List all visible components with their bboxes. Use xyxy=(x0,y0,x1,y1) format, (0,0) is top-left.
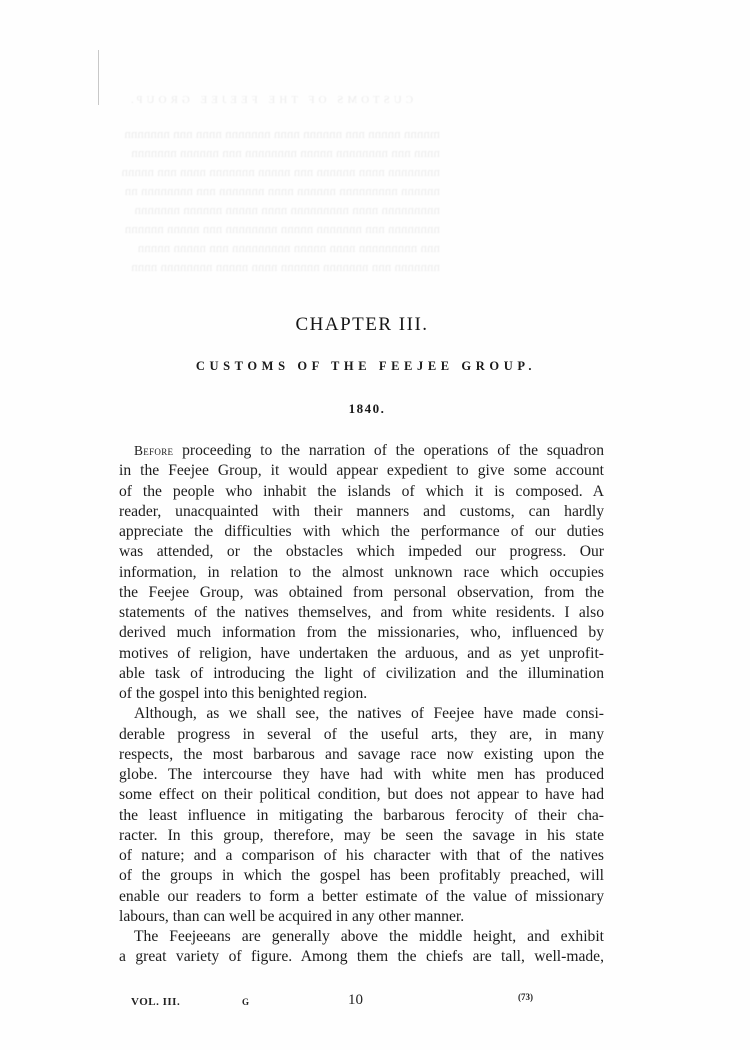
text-line: some effect on their political condition… xyxy=(119,785,604,805)
volume-label: VOL. III. xyxy=(131,996,180,1008)
body-text: Before proceeding to the narration of th… xyxy=(119,441,604,968)
signature-mark: G xyxy=(242,997,249,1007)
text-line: of the groups in which the gospel has be… xyxy=(119,866,604,886)
text-line: derived much information from the missio… xyxy=(119,623,604,643)
text-line: the Feejee Group, was obtained from pers… xyxy=(119,583,604,603)
chapter-year: 1840. xyxy=(0,401,734,417)
text-line: respects, the most barbarous and savage … xyxy=(119,745,604,765)
text-line: derable progress in several of the usefu… xyxy=(119,725,604,745)
text-line: the least influence in mitigating the ba… xyxy=(119,806,604,826)
text-line: appreciate the difficulties with which t… xyxy=(119,522,604,542)
paragraph-3: The Feejeeans are generally above the mi… xyxy=(119,927,604,968)
bleed-through-text: CUSTOMS OF THE FEEJEE GROUP. mnnnn nnnnn… xyxy=(100,55,440,285)
text-line: globe. The intercourse they have had wit… xyxy=(119,765,604,785)
margin-rule xyxy=(98,50,99,105)
text-line: of the gospel into this benighted region… xyxy=(119,684,604,704)
page-footer: VOL. III. G 10 (73) xyxy=(0,993,750,1013)
text-line: Before proceeding to the narration of th… xyxy=(119,441,604,461)
text-line: of nature; and a comparison of his chara… xyxy=(119,846,604,866)
text-line: The Feejeeans are generally above the mi… xyxy=(119,927,604,947)
chapter-title: CHAPTER III. xyxy=(0,314,724,336)
paragraph-2: Although, as we shall see, the natives o… xyxy=(119,704,604,927)
bleed-through-heading: CUSTOMS OF THE FEEJEE GROUP. xyxy=(100,91,440,110)
book-page: CUSTOMS OF THE FEEJEE GROUP. mnnnn nnnnn… xyxy=(0,0,750,1050)
original-page-number: (73) xyxy=(518,992,533,1002)
text-line: was attended, or the obstacles which imp… xyxy=(119,542,604,562)
text-line: statements of the natives themselves, an… xyxy=(119,603,604,623)
text-line: racter. In this group, therefore, may be… xyxy=(119,826,604,846)
text-line: Although, as we shall see, the natives o… xyxy=(119,704,604,724)
text-line: able task of introducing the light of ci… xyxy=(119,664,604,684)
text-line: of the people who inhabit the islands of… xyxy=(119,482,604,502)
paragraph-1: Before proceeding to the narration of th… xyxy=(119,441,604,704)
folio-number: 10 xyxy=(348,992,363,1009)
chapter-subtitle: CUSTOMS OF THE FEEJEE GROUP. xyxy=(0,359,732,374)
text-line: reader, unacquainted with their manners … xyxy=(119,502,604,522)
text-line: a great variety of figure. Among them th… xyxy=(119,947,604,967)
text-line: in the Feejee Group, it would appear exp… xyxy=(119,461,604,481)
text-line: enable our readers to form a better esti… xyxy=(119,887,604,907)
text-line: motives of religion, have undertaken the… xyxy=(119,644,604,664)
text-line: labours, than can well be acquired in an… xyxy=(119,907,604,927)
drop-smallcaps: Before xyxy=(134,443,173,458)
text-line: information, in relation to the almost u… xyxy=(119,563,604,583)
